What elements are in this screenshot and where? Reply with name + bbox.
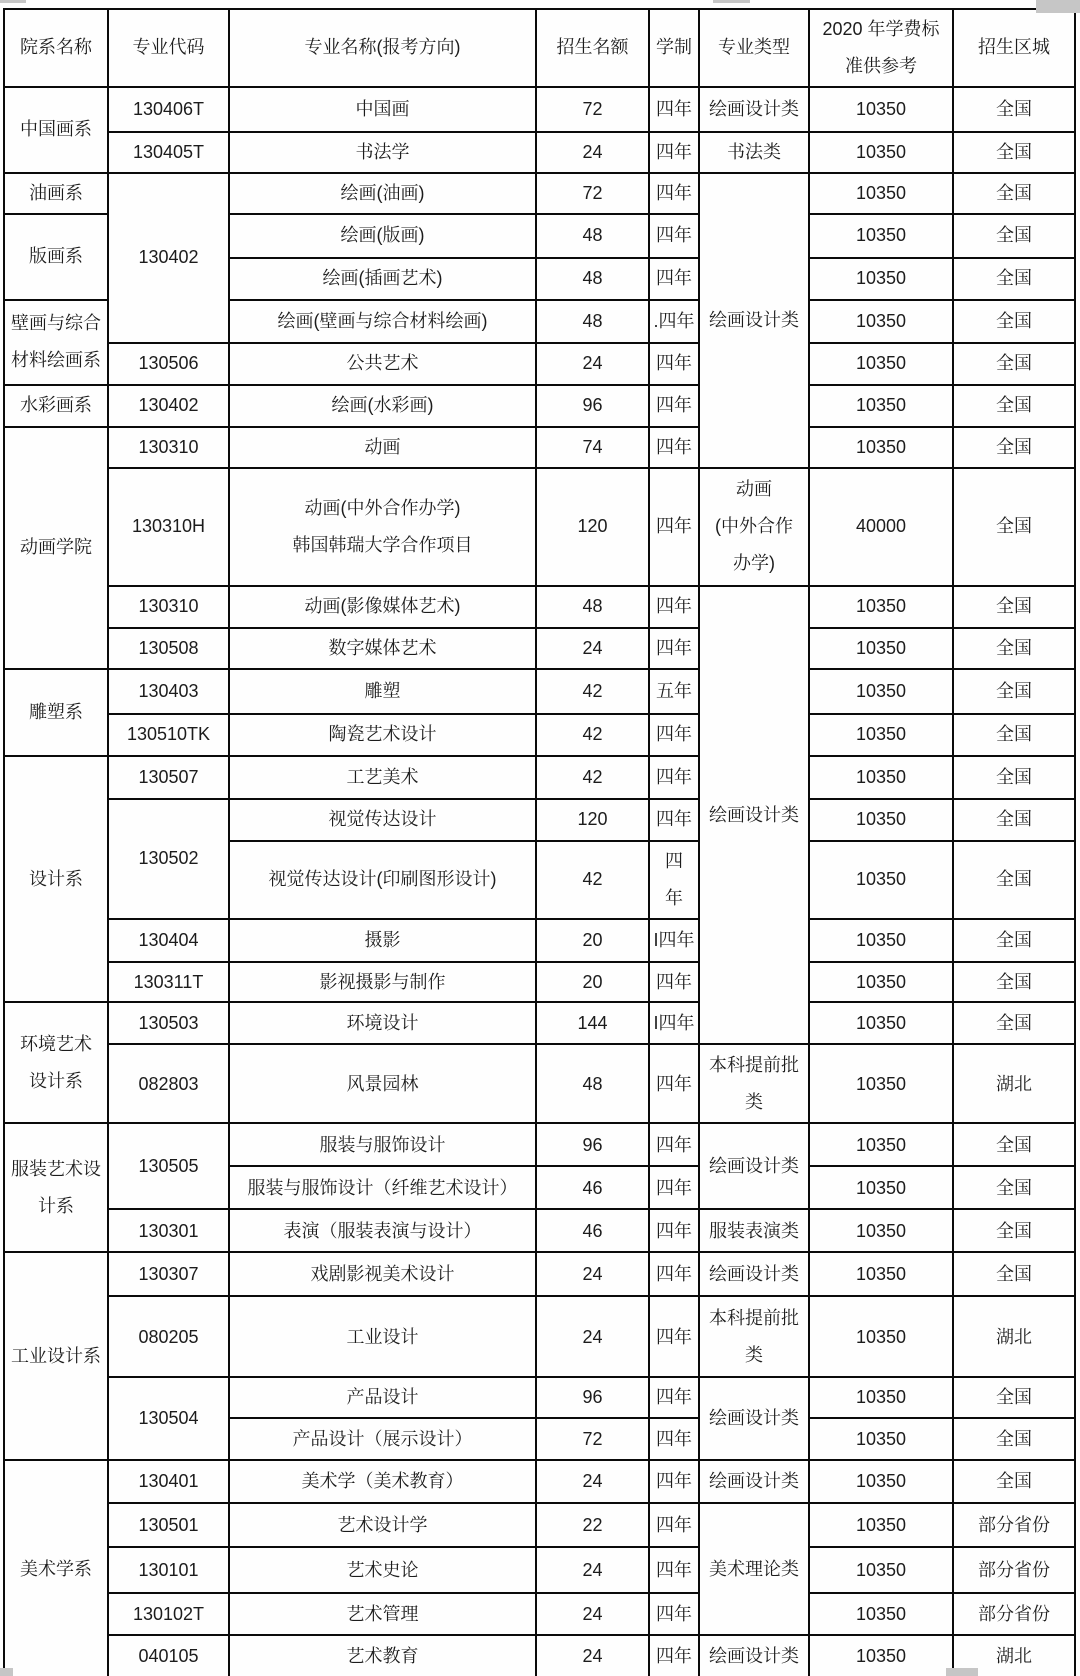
cell-dept: 设计系 [4,756,108,1003]
cell-region: 全国 [953,714,1075,756]
cell-region: 部分省份 [953,1593,1075,1635]
cell-type: 绘画设计类 [699,1635,809,1676]
cell-major: 公共艺术 [229,343,536,385]
column-header: 招生名额 [536,9,649,87]
cell-region: 全国 [953,1209,1075,1252]
table-row: 130310H动画(中外合作办学) 韩国韩瑞大学合作项目120四年动画 (中外合… [4,468,1075,586]
cell-code: 130504 [108,1377,229,1460]
cell-region: 全国 [953,258,1075,300]
cell-quota: 20 [536,962,649,1003]
table-row: 油画系130402绘画(油画)72四年绘画设计类10350全国 [4,173,1075,214]
cell-major: 服装与服饰设计 [229,1123,536,1166]
cell-quota: 120 [536,468,649,586]
cell-duration: 四年 [649,586,699,628]
cell-duration: 四年 [649,87,699,132]
cell-quota: 24 [536,1635,649,1676]
cell-duration: I四年 [649,919,699,962]
table-row: 130102T艺术管理24四年10350部分省份 [4,1593,1075,1635]
cell-duration: 四年 [649,756,699,799]
cell-major: 风景园林 [229,1044,536,1123]
cell-code: 130506 [108,343,229,385]
cell-region: 全国 [953,132,1075,173]
cell-duration: 四年 [649,1044,699,1123]
cell-region: 全国 [953,1252,1075,1296]
cell-region: 全国 [953,343,1075,385]
table-row: 雕塑系130403雕塑42五年10350全国 [4,669,1075,714]
cell-major: 影视摄影与制作 [229,962,536,1003]
cell-code: 130507 [108,756,229,799]
cell-code: 130101 [108,1547,229,1593]
cell-quota: 46 [536,1166,649,1209]
cell-quota: 96 [536,1123,649,1166]
column-header: 院系名称 [4,9,108,87]
cell-code: 130301 [108,1209,229,1252]
scanned-admissions-table-page: 院系名称专业代码专业名称(报考方向)招生名额学制专业类型2020 年学费标 准供… [0,0,1080,1676]
cell-code: 130404 [108,919,229,962]
table-row: 水彩画系130402绘画(水彩画)96四年10350全国 [4,385,1075,427]
cell-quota: 46 [536,1209,649,1252]
cell-dept: 动画学院 [4,427,108,669]
cell-fee: 10350 [809,1002,953,1044]
cell-quota: 74 [536,427,649,468]
cell-fee: 10350 [809,1044,953,1123]
cell-fee: 10350 [809,1166,953,1209]
table-row: 130311T影视摄影与制作20四年10350全国 [4,962,1075,1003]
cell-quota: 72 [536,87,649,132]
cell-fee: 10350 [809,300,953,343]
cell-duration: 四年 [649,468,699,586]
cell-major: 绘画(版画) [229,214,536,258]
cell-major: 表演（服装表演与设计） [229,1209,536,1252]
cell-fee: 40000 [809,468,953,586]
cell-major: 雕塑 [229,669,536,714]
cell-fee: 10350 [809,586,953,628]
cell-quota: 24 [536,628,649,669]
cell-code: 082803 [108,1044,229,1123]
cell-duration: 四年 [649,1209,699,1252]
cell-region: 湖北 [953,1296,1075,1377]
table-row: 动画学院130310动画74四年10350全国 [4,427,1075,468]
cell-duration: 四年 [649,1460,699,1503]
cell-code: 080205 [108,1296,229,1377]
column-header: 2020 年学费标 准供参考 [809,9,953,87]
cell-region: 全国 [953,799,1075,841]
cell-fee: 10350 [809,1377,953,1418]
column-header: 专业名称(报考方向) [229,9,536,87]
cell-duration: 四年 [649,1252,699,1296]
cell-code: 130310 [108,586,229,628]
cell-dept: 油画系 [4,173,108,214]
cell-region: 全国 [953,1002,1075,1044]
cell-major: 绘画(壁画与综合材料绘画) [229,300,536,343]
table-row: 130501艺术设计学22四年美术理论类10350部分省份 [4,1503,1075,1547]
cell-type: 绘画设计类 [699,1252,809,1296]
table-row: 130301表演（服装表演与设计）46四年服装表演类10350全国 [4,1209,1075,1252]
table-row: 中国画系130406T中国画72四年绘画设计类10350全国 [4,87,1075,132]
cell-type: 动画 (中外合作 办学) [699,468,809,586]
cell-code: 130502 [108,799,229,919]
cell-duration: 四 年 [649,841,699,919]
column-header: 专业代码 [108,9,229,87]
cell-major: 产品设计 [229,1377,536,1418]
cell-fee: 10350 [809,258,953,300]
cell-type: 绘画设计类 [699,1460,809,1503]
cell-fee: 10350 [809,1123,953,1166]
cell-fee: 10350 [809,756,953,799]
cell-quota: 48 [536,300,649,343]
table-row: 130506公共艺术24四年10350全国 [4,343,1075,385]
scan-artifact [713,0,750,3]
cell-quota: 48 [536,258,649,300]
cell-type: 书法类 [699,132,809,173]
cell-fee: 10350 [809,427,953,468]
cell-major: 绘画(油画) [229,173,536,214]
scan-artifact [1036,0,1080,13]
cell-major: 书法学 [229,132,536,173]
cell-type: 绘画设计类 [699,1123,809,1209]
cell-major: 绘画(水彩画) [229,385,536,427]
cell-quota: 22 [536,1503,649,1547]
cell-region: 全国 [953,669,1075,714]
cell-type: 绘画设计类 [699,173,809,468]
cell-region: 全国 [953,214,1075,258]
cell-duration: 四年 [649,132,699,173]
cell-code: 130501 [108,1503,229,1547]
cell-fee: 10350 [809,1209,953,1252]
cell-fee: 10350 [809,799,953,841]
cell-region: 全国 [953,87,1075,132]
cell-code: 130310H [108,468,229,586]
table-body: 中国画系130406T中国画72四年绘画设计类10350全国130405T书法学… [4,87,1075,1676]
cell-major: 数字媒体艺术 [229,628,536,669]
cell-major: 艺术教育 [229,1635,536,1676]
cell-region: 全国 [953,1377,1075,1418]
cell-code: 130406T [108,87,229,132]
cell-fee: 10350 [809,1252,953,1296]
cell-fee: 10350 [809,962,953,1003]
cell-major: 陶瓷艺术设计 [229,714,536,756]
cell-fee: 10350 [809,714,953,756]
cell-major: 工艺美术 [229,756,536,799]
cell-region: 全国 [953,962,1075,1003]
cell-region: 全国 [953,628,1075,669]
cell-region: 全国 [953,468,1075,586]
cell-fee: 10350 [809,343,953,385]
cell-quota: 72 [536,1418,649,1460]
cell-code: 040105 [108,1635,229,1676]
cell-major: 美术学（美术教育） [229,1460,536,1503]
cell-major: 环境设计 [229,1002,536,1044]
cell-duration: 四年 [649,258,699,300]
cell-duration: 四年 [649,799,699,841]
cell-dept: 服装艺术设 计系 [4,1123,108,1252]
cell-fee: 10350 [809,214,953,258]
cell-quota: 144 [536,1002,649,1044]
table-row: 082803风景园林48四年本科提前批 类10350湖北 [4,1044,1075,1123]
cell-region: 全国 [953,841,1075,919]
cell-quota: 42 [536,756,649,799]
cell-code: 130311T [108,962,229,1003]
cell-fee: 10350 [809,669,953,714]
cell-code: 130401 [108,1460,229,1503]
cell-type: 绘画设计类 [699,586,809,1045]
cell-region: 部分省份 [953,1503,1075,1547]
cell-duration: 四年 [649,1123,699,1166]
cell-region: 全国 [953,1166,1075,1209]
table-row: 工业设计系130307戏剧影视美术设计24四年绘画设计类10350全国 [4,1252,1075,1296]
column-header: 招生区城 [953,9,1075,87]
cell-region: 湖北 [953,1044,1075,1123]
table-row: 130504产品设计96四年绘画设计类10350全国 [4,1377,1075,1418]
cell-dept: 雕塑系 [4,669,108,756]
table-header: 院系名称专业代码专业名称(报考方向)招生名额学制专业类型2020 年学费标 准供… [4,9,1075,87]
cell-type: 本科提前批 类 [699,1044,809,1123]
cell-quota: 42 [536,669,649,714]
cell-major: 产品设计（展示设计） [229,1418,536,1460]
cell-major: 中国画 [229,87,536,132]
cell-code: 130510TK [108,714,229,756]
cell-fee: 10350 [809,841,953,919]
cell-major: 视觉传达设计(印刷图形设计) [229,841,536,919]
table-row: 设计系130507工艺美术42四年10350全国 [4,756,1075,799]
cell-duration: 四年 [649,1296,699,1377]
cell-major: 绘画(插画艺术) [229,258,536,300]
scan-artifact [0,0,26,3]
cell-fee: 10350 [809,1635,953,1676]
cell-major: 视觉传达设计 [229,799,536,841]
cell-region: 全国 [953,1460,1075,1503]
cell-code: 130310 [108,427,229,468]
table-row: 080205工业设计24四年本科提前批 类10350湖北 [4,1296,1075,1377]
table-row: 130510TK陶瓷艺术设计42四年10350全国 [4,714,1075,756]
cell-code: 130402 [108,173,229,343]
cell-dept: 版画系 [4,214,108,300]
cell-duration: 四年 [649,1547,699,1593]
cell-fee: 10350 [809,385,953,427]
cell-quota: 48 [536,1044,649,1123]
cell-quota: 42 [536,714,649,756]
cell-region: 部分省份 [953,1547,1075,1593]
cell-fee: 10350 [809,1460,953,1503]
cell-duration: 四年 [649,1635,699,1676]
cell-code: 130102T [108,1593,229,1635]
cell-quota: 24 [536,1252,649,1296]
cell-fee: 10350 [809,173,953,214]
cell-major: 工业设计 [229,1296,536,1377]
cell-code: 130505 [108,1123,229,1209]
cell-major: 动画(影像媒体艺术) [229,586,536,628]
cell-duration: 四年 [649,427,699,468]
cell-code: 130403 [108,669,229,714]
cell-fee: 10350 [809,1296,953,1377]
cell-major: 摄影 [229,919,536,962]
cell-region: 全国 [953,173,1075,214]
cell-quota: 24 [536,343,649,385]
scan-artifact [946,1668,978,1676]
cell-fee: 10350 [809,87,953,132]
cell-type: 服装表演类 [699,1209,809,1252]
cell-duration: 四年 [649,714,699,756]
cell-region: 全国 [953,756,1075,799]
cell-duration: 四年 [649,1503,699,1547]
cell-quota: 48 [536,214,649,258]
cell-quota: 24 [536,1460,649,1503]
cell-quota: 24 [536,132,649,173]
cell-fee: 10350 [809,132,953,173]
cell-duration: 四年 [649,1377,699,1418]
cell-quota: 72 [536,173,649,214]
table-row: 环境艺术 设计系130503环境设计144I四年10350全国 [4,1002,1075,1044]
cell-dept: 中国画系 [4,87,108,173]
cell-region: 全国 [953,427,1075,468]
table-row: 130101艺术史论24四年10350部分省份 [4,1547,1075,1593]
cell-major: 服装与服饰设计（纤维艺术设计） [229,1166,536,1209]
cell-major: 动画 [229,427,536,468]
table-row: 130310动画(影像媒体艺术)48四年绘画设计类10350全国 [4,586,1075,628]
cell-dept: 工业设计系 [4,1252,108,1460]
table-row: 040105艺术教育24四年绘画设计类10350湖北 [4,1635,1075,1676]
table-row: 美术学系130401美术学（美术教育）24四年绘画设计类10350全国 [4,1460,1075,1503]
cell-major: 动画(中外合作办学) 韩国韩瑞大学合作项目 [229,468,536,586]
cell-duration: .四年 [649,300,699,343]
cell-duration: 五年 [649,669,699,714]
scan-artifact [0,1668,13,1676]
cell-code: 130503 [108,1002,229,1044]
cell-duration: 四年 [649,173,699,214]
cell-quota: 120 [536,799,649,841]
cell-quota: 24 [536,1296,649,1377]
cell-duration: 四年 [649,962,699,1003]
cell-major: 艺术设计学 [229,1503,536,1547]
cell-duration: 四年 [649,343,699,385]
cell-code: 130405T [108,132,229,173]
table-row: 130508数字媒体艺术24四年10350全国 [4,628,1075,669]
cell-fee: 10350 [809,919,953,962]
column-header: 学制 [649,9,699,87]
cell-dept: 美术学系 [4,1460,108,1676]
cell-fee: 10350 [809,1593,953,1635]
cell-fee: 10350 [809,1547,953,1593]
cell-region: 全国 [953,586,1075,628]
cell-fee: 10350 [809,1503,953,1547]
cell-code: 130508 [108,628,229,669]
cell-fee: 10350 [809,1418,953,1460]
cell-quota: 48 [536,586,649,628]
cell-region: 全国 [953,1123,1075,1166]
cell-major: 艺术史论 [229,1547,536,1593]
cell-code: 130402 [108,385,229,427]
cell-code: 130307 [108,1252,229,1296]
cell-quota: 96 [536,385,649,427]
cell-quota: 20 [536,919,649,962]
cell-fee: 10350 [809,628,953,669]
cell-quota: 24 [536,1547,649,1593]
cell-quota: 24 [536,1593,649,1635]
cell-type: 本科提前批 类 [699,1296,809,1377]
cell-region: 全国 [953,919,1075,962]
cell-region: 全国 [953,385,1075,427]
cell-type: 美术理论类 [699,1503,809,1635]
cell-dept: 环境艺术 设计系 [4,1002,108,1123]
cell-duration: 四年 [649,628,699,669]
cell-duration: 四年 [649,1418,699,1460]
cell-dept: 壁画与综合 材料绘画系 [4,300,108,385]
cell-type: 绘画设计类 [699,1377,809,1460]
cell-duration: 四年 [649,385,699,427]
table-row: 130502视觉传达设计120四年10350全国 [4,799,1075,841]
cell-quota: 42 [536,841,649,919]
cell-quota: 96 [536,1377,649,1418]
table-row: 130405T书法学24四年书法类10350全国 [4,132,1075,173]
cell-major: 艺术管理 [229,1593,536,1635]
header-row: 院系名称专业代码专业名称(报考方向)招生名额学制专业类型2020 年学费标 准供… [4,9,1075,87]
cell-major: 戏剧影视美术设计 [229,1252,536,1296]
column-header: 专业类型 [699,9,809,87]
table-row: 130404摄影20I四年10350全国 [4,919,1075,962]
cell-region: 全国 [953,300,1075,343]
cell-duration: 四年 [649,1166,699,1209]
table-row: 服装艺术设 计系130505服装与服饰设计96四年绘画设计类10350全国 [4,1123,1075,1166]
cell-region: 全国 [953,1418,1075,1460]
admissions-table: 院系名称专业代码专业名称(报考方向)招生名额学制专业类型2020 年学费标 准供… [3,8,1076,1676]
cell-dept: 水彩画系 [4,385,108,427]
cell-duration: 四年 [649,1593,699,1635]
cell-duration: I四年 [649,1002,699,1044]
cell-duration: 四年 [649,214,699,258]
cell-type: 绘画设计类 [699,87,809,132]
